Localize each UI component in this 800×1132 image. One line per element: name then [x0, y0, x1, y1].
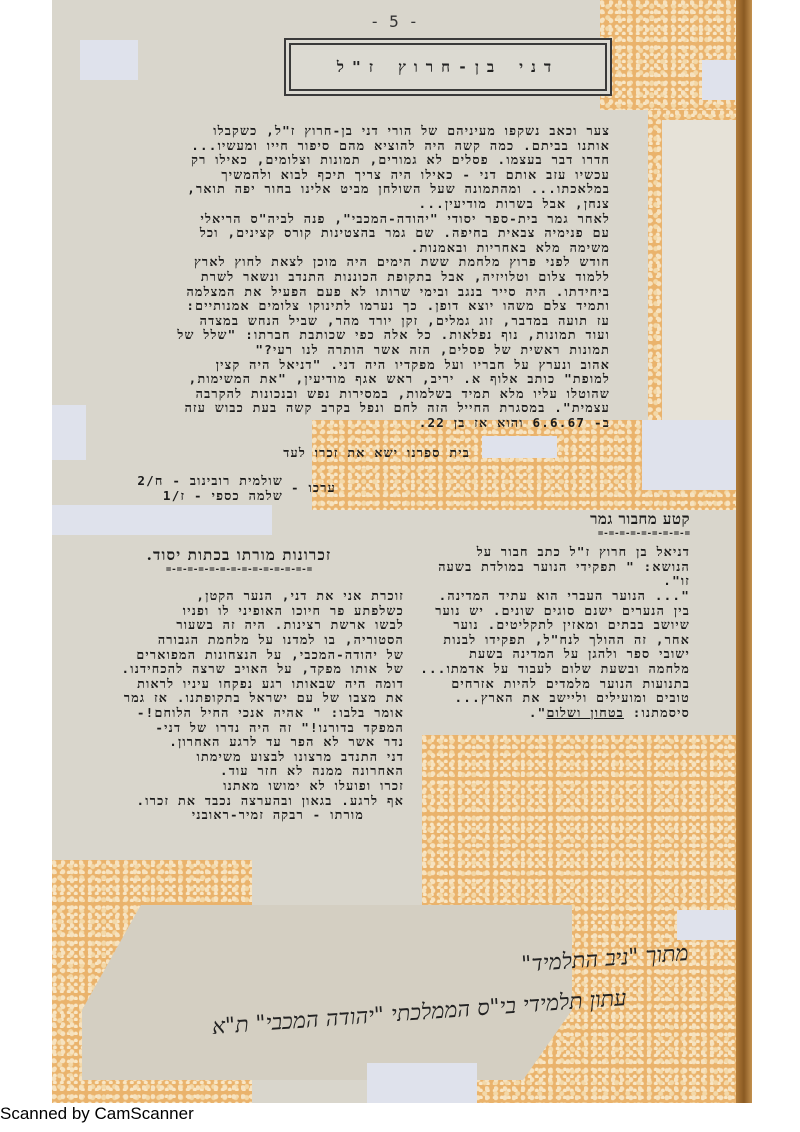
- essay-line: בתנועות הנוער מלמדים להיות אזרחים: [414, 677, 690, 692]
- main-article-closing: בית ספרנו ישא את זכרו לעד: [140, 446, 470, 461]
- essay-line: שיושב בבתים ומאזין לתקליטים. נוער: [414, 618, 690, 633]
- article-line: למופת" כותב אלוף א. יריב, ראש אגף מודיעי…: [140, 372, 610, 387]
- article-line: צנחן, אבל בשרות מודיעין...: [140, 197, 610, 212]
- tape-tab-1: [80, 40, 138, 80]
- essay-line: ישובי ספר ולהגן על המדינה בשעת: [414, 647, 690, 662]
- article-line: חדרו דבר בעצמו. פסלים לא גמורים, תמונות …: [140, 153, 610, 168]
- main-article-lines: צער וכאב נשקפו מעיניהם של הורי דני בן-חר…: [140, 124, 610, 430]
- article-line: ביחידתו. היה סייר בנגב ובימי שרותו לא פע…: [140, 285, 610, 300]
- article-line: ותמיד צלם משהו יוצא דופן. כך נערמו לתינו…: [140, 299, 610, 314]
- memories-lines: זוכרת אני את דני, הנער הקטן,כשלפתע פר חי…: [74, 589, 404, 808]
- tape-tab-5: [702, 60, 736, 100]
- memories-line: את מצבו של עם ישראל בתקופתנו. אז גמר: [74, 691, 404, 706]
- editor-2: שלמה כספי - ז/1: [137, 489, 283, 504]
- article-line: צער וכאב נשקפו מעיניהם של הורי דני בן-חר…: [140, 124, 610, 139]
- article-line: עז תועה במדבר, זוג גמלים, זקן יורד מהר, …: [140, 314, 610, 329]
- tape-tab-7: [367, 1063, 477, 1103]
- teacher-memories-section: זכרונות מורתו בכתות יסוד. =-=-=-=-=-=-=-…: [74, 548, 404, 823]
- memories-heading-rule: =-=-=-=-=-=-=-=-=-=-=-=-=-=: [74, 563, 404, 578]
- essay-line: "... הנוער העברי הוא עתיד המדינה.: [414, 589, 690, 604]
- memories-line: המפקד בדורנו!" זה היה נדרו של דני-: [74, 721, 404, 736]
- article-line: ועוד תמונות, נוף נפלאות. כל אלה כפי שכות…: [140, 328, 610, 343]
- essay-line: דניאל בן חרוץ ז"ל כתב חבור על: [414, 545, 690, 560]
- article-line: עכשיו עזב אותם דני - כאילו היה צריך תיכף…: [140, 168, 610, 183]
- article-line: שהוטלו עליו מלא תמיד בשלמות, במסירות נפש…: [140, 387, 610, 402]
- memories-line: של יהודה-המכבי, על הנצחונות המפוארים: [74, 648, 404, 663]
- memories-line: דומה היה שבאותו רגע נפקחו עיניו לראות: [74, 677, 404, 692]
- article-line: עם פנימיה צבאית בחיפה. שם גמר בהצטינות ק…: [140, 226, 610, 241]
- editors-block: ערכו - שולמית רובינוב - ח/2 שלמה כספי - …: [106, 474, 336, 503]
- desk-edge: [736, 0, 752, 1103]
- essay-heading: קטע מחבור גמר: [414, 512, 690, 527]
- article-line: ב- 6.6.67 והוא אז בן 22.: [140, 416, 610, 431]
- essay-line: הנושא: " תפקידי הנוער במולדת בשעה: [414, 560, 690, 575]
- memories-line: נדר אשר לא הפר עד לרגע האחרון.: [74, 735, 404, 750]
- memories-line: זכרו ופועלו לא ימושו מאתנו: [74, 779, 404, 794]
- article-line: ללמוד צלום וטלויזיה, אבל בתקופת הכוננות …: [140, 270, 610, 285]
- memories-line: זוכרת אני את דני, הנער הקטן,: [74, 589, 404, 604]
- memories-line: אף לרגע. בגאון ובהערצה נכבד את זכרו.: [74, 794, 404, 809]
- article-line: במלאכתו... ומהתמונה שעל השולחן מביט אלינ…: [140, 182, 610, 197]
- essay-line: בין הנערים ישנם סוגים שונים. יש נוער: [414, 604, 690, 619]
- article-line: עצמית". במסגרת החייל הזה לחם ונפל בקרב ק…: [140, 401, 610, 416]
- scanned-page: - 5 - דני בן-חרוץ ז"ל צער וכאב נשקפו מעי…: [52, 0, 736, 1103]
- memories-line: לבשו ארשת רצינות. היה זה בשעור: [74, 618, 404, 633]
- memories-signature: מורתו - רבקה זמיר-ראובני: [74, 808, 364, 823]
- paper-patch-right: [662, 120, 736, 420]
- scanner-watermark: Scanned by CamScanner: [0, 1104, 194, 1124]
- essay-line: אחר, זה ההולך לנח"ל, תפקידו לבנות: [414, 633, 690, 648]
- title-box: דני בן-חרוץ ז"ל: [284, 38, 612, 96]
- article-line: אותנו בביתם. כמה קשה היה להוציא מהם סיפו…: [140, 139, 610, 154]
- memories-line: אומר בלבו: " אהיה אנכי החיל הלוחם!-: [74, 706, 404, 721]
- page-number: - 5 -: [52, 12, 736, 31]
- page-title: דני בן-חרוץ ז"ל: [337, 58, 559, 77]
- article-line: תמונות ראשית של פסלים, הזה אשר הותרה לנו…: [140, 343, 610, 358]
- motto-text: בטחון ושלום: [546, 705, 623, 720]
- tape-tab-2: [52, 405, 86, 460]
- memories-line: של אותו מפקד, על האויב שרצה להכחידנו.: [74, 662, 404, 677]
- essay-line: מלחמה ובשעת שלום לעבוד על אדמתו...: [414, 662, 690, 677]
- memories-line: כשלפתע פר חיוכו האופיני לו ופניו: [74, 604, 404, 619]
- tape-tab-6: [677, 910, 736, 940]
- essay-lines: דניאל בן חרוץ ז"ל כתב חבור עלהנושא: " תפ…: [414, 545, 690, 706]
- main-article: צער וכאב נשקפו מעיניהם של הורי דני בן-חר…: [140, 124, 610, 461]
- memories-heading: זכרונות מורתו בכתות יסוד.: [74, 548, 404, 563]
- article-line: אהוב ונערץ על חבריו ועל מפקדיו היה דני. …: [140, 358, 610, 373]
- editors-label: ערכו -: [291, 481, 336, 496]
- article-line: חודש לפני פרוץ מלחמת ששת הימים היה מוכן …: [140, 255, 610, 270]
- essay-motto: סיסמתנו: בטחון ושלום".: [414, 706, 690, 721]
- article-line: לאחר גמר בית-ספר יסודי "יהודה-המכבי", פנ…: [140, 212, 610, 227]
- tape-tab-8: [642, 420, 736, 490]
- graduation-essay-section: קטע מחבור גמר =-=-=-=-=-=-=-=-= דניאל בן…: [414, 512, 690, 720]
- essay-line: זו".: [414, 574, 690, 589]
- memories-line: דני התנדב מרצונו לבצוע משימתו: [74, 750, 404, 765]
- memories-line: האחרונה ממנה לא חזר עוד.: [74, 764, 404, 779]
- article-line: משימה מלא באחריות ובאמנות.: [140, 241, 610, 256]
- paper-patch-bottom: [82, 905, 572, 1080]
- essay-heading-rule: =-=-=-=-=-=-=-=-=: [414, 527, 690, 542]
- essay-line: טובים ומועילים וליישב את הארץ...: [414, 691, 690, 706]
- editor-1: שולמית רובינוב - ח/2: [137, 474, 283, 489]
- memories-line: הסטוריה, בו למדנו על מלחמת הגבורה: [74, 633, 404, 648]
- tape-tab-3: [52, 505, 272, 535]
